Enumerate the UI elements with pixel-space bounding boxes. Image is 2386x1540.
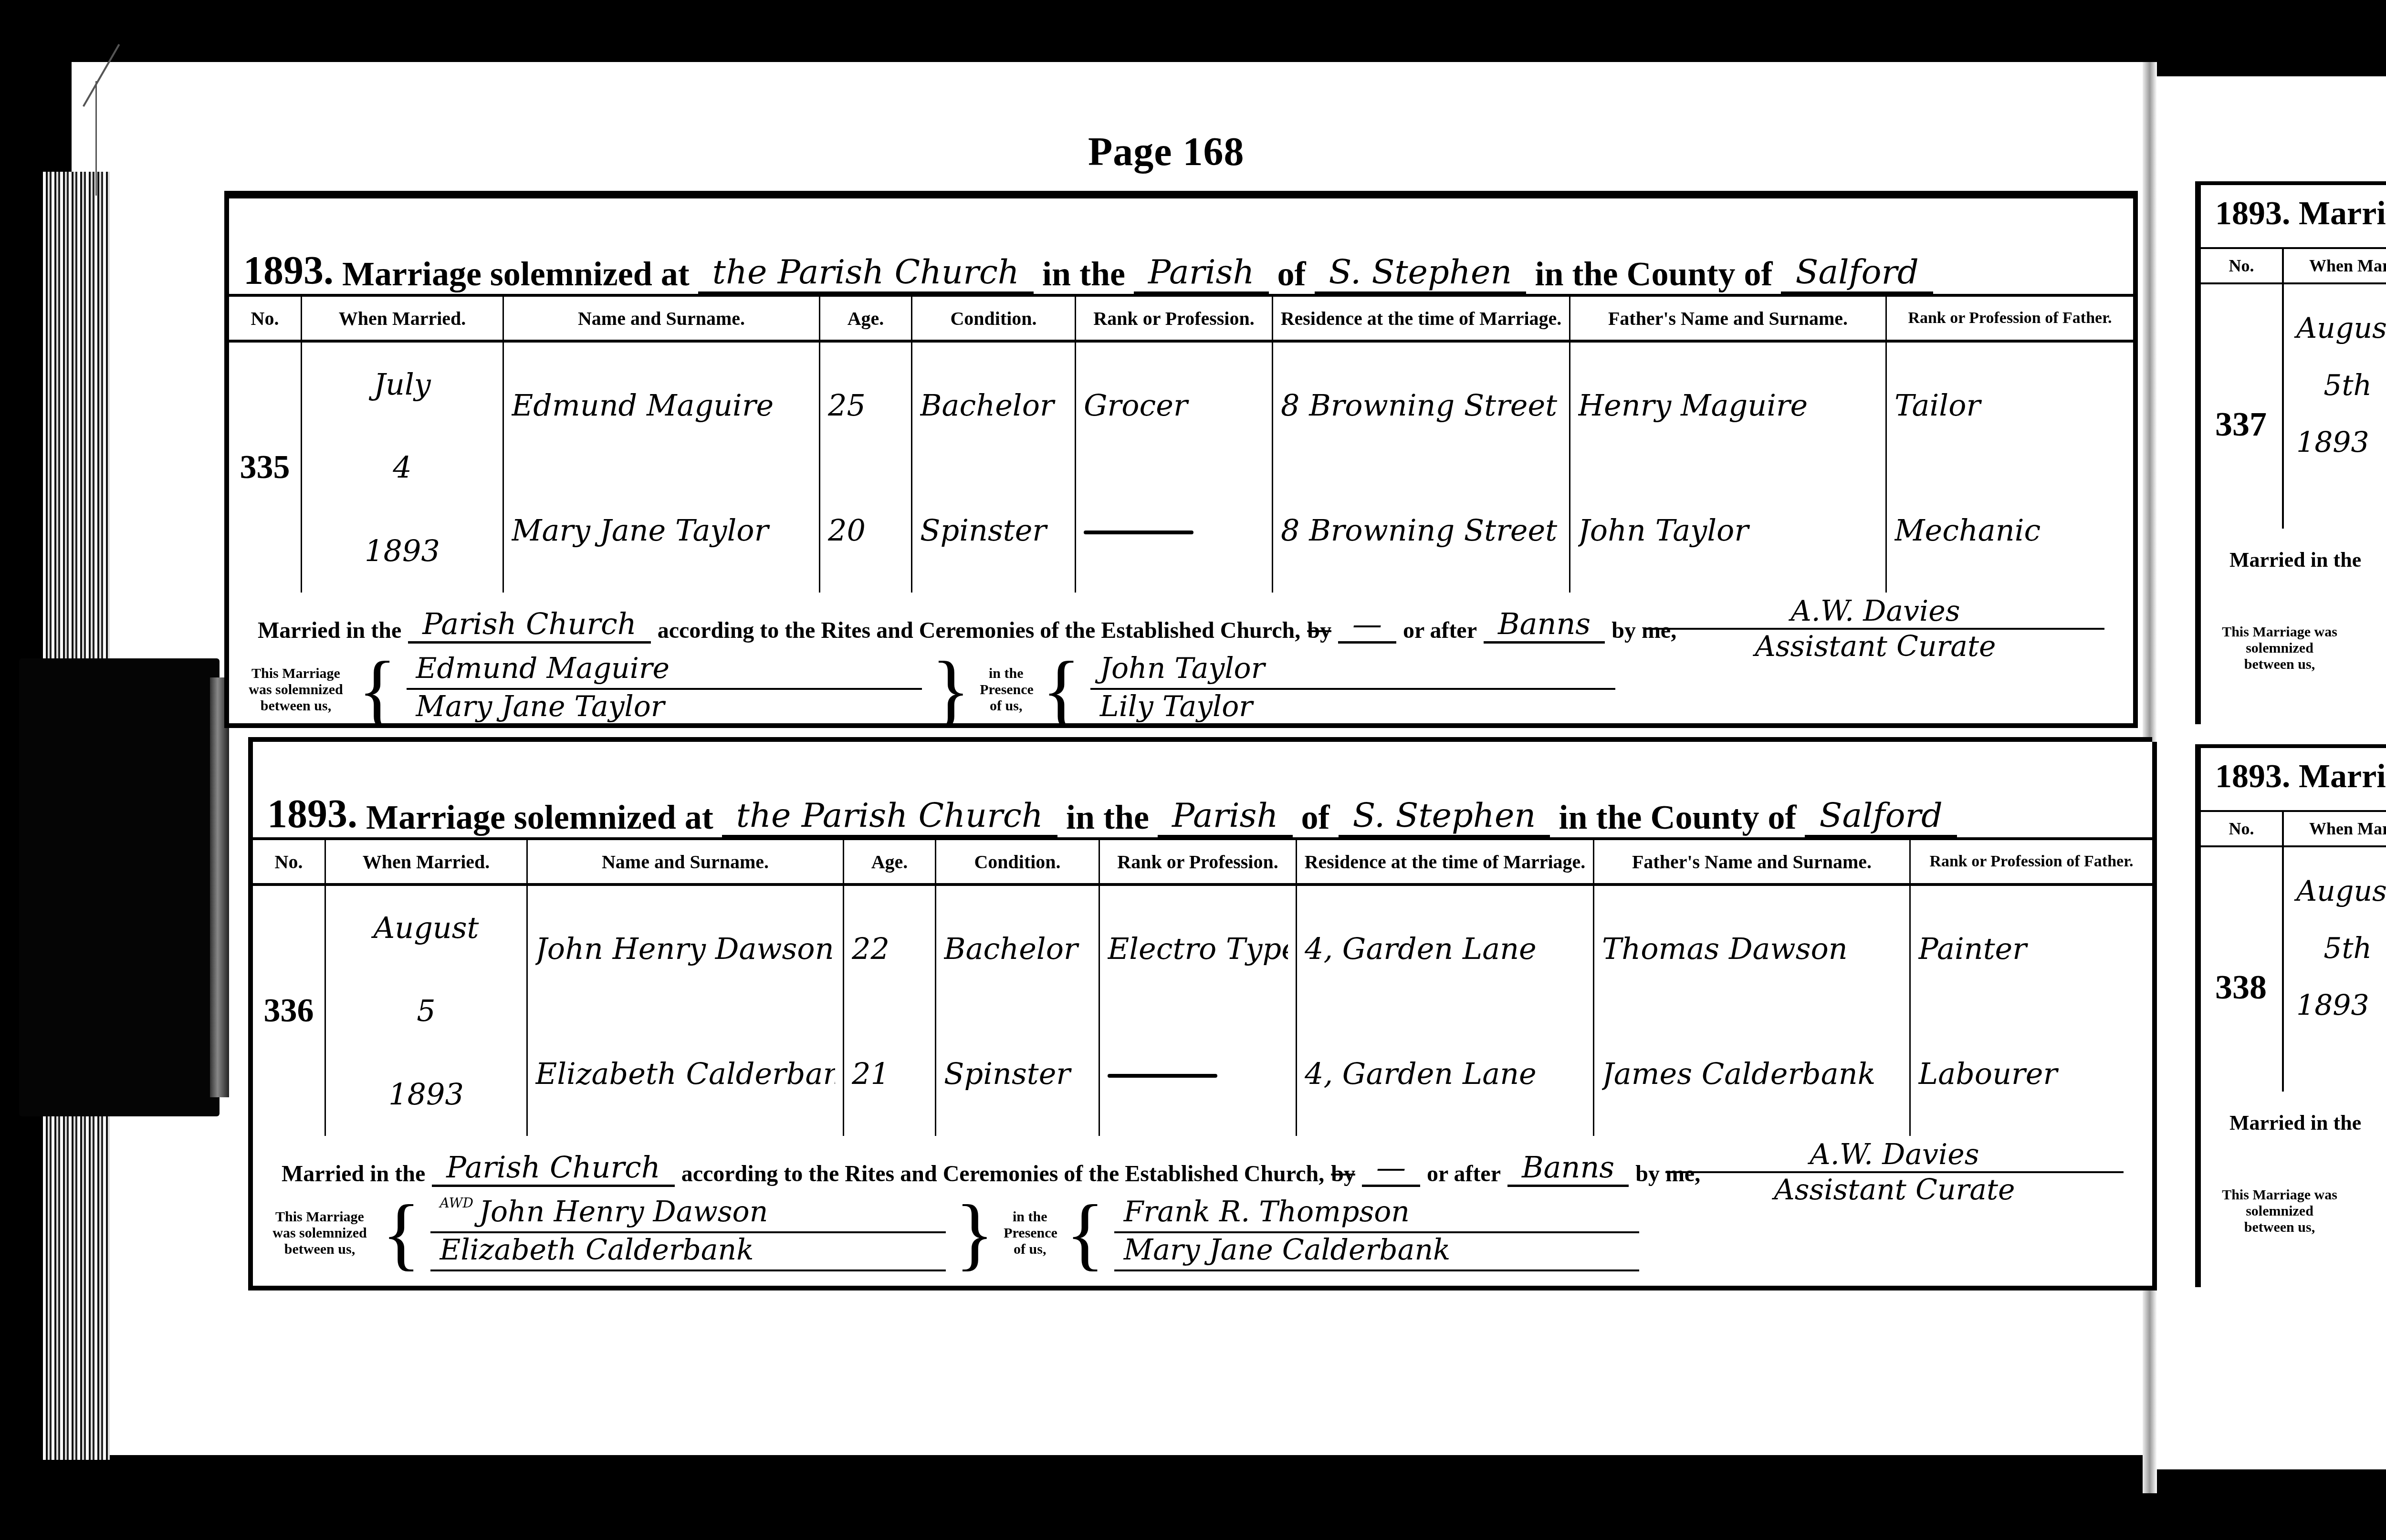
officiant-area: A.W. Davies Assistant Curate bbox=[1649, 1195, 2143, 1271]
page-number: Page 168 bbox=[1088, 129, 1245, 175]
col-head-father-profession: Rank or Profession of Father. bbox=[1911, 840, 2152, 886]
label-by-struck: by bbox=[1307, 617, 1331, 644]
col-father: Father's Name and Surname. Thomas Dawson… bbox=[1594, 840, 1911, 1136]
entry-headline: 1893. Marriage solemnized at the Parish … bbox=[243, 213, 2124, 294]
col-when: When Married. August 5 1893 bbox=[326, 840, 528, 1136]
index-tab-edge bbox=[210, 677, 229, 1097]
col-age: Age. 22 21 bbox=[844, 840, 936, 1136]
right-entry-col-header: No. When Married. bbox=[2201, 810, 2386, 847]
groom-condition: Bachelor bbox=[944, 931, 1091, 966]
groom-name: John Henry Dawson bbox=[535, 931, 835, 966]
brace-icon: { bbox=[1066, 1193, 1105, 1274]
right-entry-338: 1893. Marriage No. When Married. 338 Aug… bbox=[2195, 744, 2386, 1287]
label-presence: in the Presence of us, bbox=[1004, 1209, 1056, 1258]
bride-name: Mary Jane Taylor bbox=[512, 513, 811, 548]
marriage-entry-336: 1893. Marriage solemnized at the Parish … bbox=[248, 742, 2157, 1290]
col-head-father: Father's Name and Surname. bbox=[1570, 297, 1885, 343]
bride-age: 20 bbox=[828, 513, 903, 548]
groom-profession: Grocer bbox=[1084, 388, 1264, 423]
right-entry-heading: Marriage bbox=[2299, 195, 2386, 232]
witness-signatures: Frank R. Thompson Mary Jane Calderbank bbox=[1114, 1195, 1639, 1271]
bride-condition: Spinster bbox=[944, 1056, 1091, 1091]
col-head-age: Age. bbox=[820, 297, 911, 343]
right-col-no: No. bbox=[2201, 249, 2284, 282]
right-entry-year: 1893. bbox=[2215, 195, 2291, 232]
col-head-profession: Rank or Profession. bbox=[1100, 840, 1296, 886]
groom-signature: AWDJohn Henry Dawson bbox=[430, 1195, 946, 1233]
col-head-residence: Residence at the time of Marriage. bbox=[1297, 840, 1593, 886]
entry-parish: S. Stephen bbox=[1339, 796, 1550, 837]
col-head-when: When Married. bbox=[302, 297, 502, 343]
entry-year: 1893. bbox=[243, 248, 334, 294]
blank-dash bbox=[1084, 531, 1193, 534]
groom-residence: 8 Browning Street bbox=[1281, 388, 1561, 423]
officiant-name: A.W. Davies bbox=[1646, 594, 2104, 630]
col-head-father-profession: Rank or Profession of Father. bbox=[1887, 297, 2133, 343]
married-in-value: Parish Church bbox=[408, 606, 650, 644]
bride-age: 21 bbox=[852, 1056, 927, 1091]
label-according-to: according to the Rites and Ceremonies of… bbox=[658, 617, 1301, 644]
when-month: July bbox=[310, 367, 495, 402]
right-entry-date: August 5th 1893 bbox=[2296, 863, 2386, 1034]
col-head-no: No. bbox=[253, 840, 324, 886]
entry-number: 336 bbox=[253, 886, 324, 1136]
brace-icon: { bbox=[382, 1193, 421, 1274]
entry-place: the Parish Church bbox=[698, 252, 1034, 294]
page-corner-fold bbox=[95, 81, 164, 196]
right-col-no: No. bbox=[2201, 812, 2284, 845]
right-entry-headline: 1893. Marriage bbox=[2215, 195, 2386, 233]
col-head-condition: Condition. bbox=[936, 840, 1099, 886]
brace-icon: { bbox=[358, 649, 397, 730]
right-married-in: Married in the bbox=[2229, 1111, 2361, 1135]
entry-parish-word: Parish bbox=[1158, 796, 1293, 837]
label-in-the: in the bbox=[1066, 798, 1149, 837]
groom-father: Henry Maguire bbox=[1578, 388, 1878, 423]
by-license-value: — bbox=[1338, 606, 1396, 644]
bride-father: John Taylor bbox=[1578, 513, 1878, 548]
witness-2: Mary Jane Calderbank bbox=[1114, 1233, 1639, 1271]
column-divider bbox=[2282, 843, 2284, 1092]
bride-residence: 4, Garden Lane bbox=[1305, 1056, 1585, 1091]
right-entry-number: 338 bbox=[2215, 968, 2267, 1007]
by-license-value: — bbox=[1362, 1150, 1420, 1187]
entry-parish-word: Parish bbox=[1134, 252, 1269, 294]
groom-age: 25 bbox=[828, 388, 903, 423]
label-solemnized-between: This Marriage was solemnized between us, bbox=[267, 1209, 372, 1258]
label-of: of bbox=[1301, 798, 1330, 837]
signatures-block: This Marriage was solemnized between us,… bbox=[267, 1195, 2143, 1271]
officiant-area: A.W. Davies Assistant Curate bbox=[1625, 652, 2124, 728]
marriage-entry-335: 1893. Marriage solemnized at the Parish … bbox=[224, 191, 2138, 728]
right-entry-year: 1893. bbox=[2215, 758, 2291, 795]
label-married-in: Married in the bbox=[258, 617, 401, 644]
label-in-the: in the bbox=[1042, 254, 1125, 294]
right-entry-337: 1893. Marriage No. When Married. 337 Aug… bbox=[2195, 181, 2386, 724]
index-tab bbox=[19, 658, 220, 1116]
col-profession: Rank or Profession. Electro Typer bbox=[1100, 840, 1297, 1136]
after-value: Banns bbox=[1484, 606, 1605, 644]
entry-county: Salford bbox=[1781, 252, 1933, 294]
witness-signatures: John Taylor Lily Taylor bbox=[1090, 652, 1615, 728]
col-when: When Married. July 4 1893 bbox=[302, 297, 504, 593]
col-head-condition: Condition. bbox=[912, 297, 1075, 343]
bride-residence: 8 Browning Street bbox=[1281, 513, 1561, 548]
brace-icon: { bbox=[1042, 649, 1081, 730]
col-no: No. 336 bbox=[253, 840, 326, 1136]
brace-icon: } bbox=[955, 1193, 994, 1274]
groom-name: Edmund Maguire bbox=[512, 388, 811, 423]
col-name: Name and Surname. John Henry Dawson Eliz… bbox=[528, 840, 844, 1136]
label-married-in: Married in the bbox=[282, 1161, 425, 1187]
when-day: 5 bbox=[334, 993, 519, 1028]
groom-signature-text: John Henry Dawson bbox=[479, 1195, 768, 1228]
label-solemnized-at: Marriage solemnized at bbox=[366, 798, 713, 837]
col-father-profession: Rank or Profession of Father. Tailor Mec… bbox=[1887, 297, 2133, 593]
col-head-when: When Married. bbox=[326, 840, 526, 886]
groom-father: Thomas Dawson bbox=[1602, 931, 1902, 966]
groom-condition: Bachelor bbox=[920, 388, 1067, 423]
label-by-struck: by bbox=[1331, 1161, 1355, 1187]
col-condition: Condition. Bachelor Spinster bbox=[912, 297, 1076, 593]
col-head-father: Father's Name and Surname. bbox=[1594, 840, 1909, 886]
bride-signature: Elizabeth Calderbank bbox=[430, 1233, 946, 1271]
when-day: 4 bbox=[310, 450, 495, 485]
label-according-to: according to the Rites and Ceremonies of… bbox=[681, 1161, 1325, 1187]
col-age: Age. 25 20 bbox=[820, 297, 912, 593]
entry-headline: 1893. Marriage solemnized at the Parish … bbox=[267, 756, 2143, 837]
right-entry-number: 337 bbox=[2215, 405, 2267, 444]
bride-condition: Spinster bbox=[920, 513, 1067, 548]
blank-dash bbox=[1108, 1074, 1217, 1078]
brace-icon: } bbox=[931, 649, 971, 730]
label-presence: in the Presence of us, bbox=[980, 666, 1032, 714]
col-head-name: Name and Surname. bbox=[528, 840, 843, 886]
label-solemnized-at: Marriage solemnized at bbox=[342, 254, 690, 294]
col-condition: Condition. Bachelor Spinster bbox=[936, 840, 1100, 1136]
col-name: Name and Surname. Edmund Maguire Mary Ja… bbox=[504, 297, 820, 593]
entry-place: the Parish Church bbox=[722, 796, 1057, 837]
col-head-no: No. bbox=[229, 297, 301, 343]
col-head-name: Name and Surname. bbox=[504, 297, 819, 343]
right-entry-heading: Marriage bbox=[2299, 758, 2386, 795]
bride-father-profession: Labourer bbox=[1918, 1056, 2145, 1091]
groom-residence: 4, Garden Lane bbox=[1305, 931, 1585, 966]
officiant: A.W. Davies Assistant Curate bbox=[1646, 594, 2104, 663]
col-no: No. 335 bbox=[229, 297, 302, 593]
officiant-name: A.W. Davies bbox=[1665, 1138, 2124, 1173]
groom-profession: Electro Typer bbox=[1108, 931, 1288, 966]
col-profession: Rank or Profession. Grocer bbox=[1076, 297, 1273, 593]
entry-table: No. 336 When Married. August 5 1893 Name… bbox=[253, 837, 2152, 1136]
officiant: A.W. Davies Assistant Curate bbox=[1665, 1138, 2124, 1207]
bride-name: Elizabeth Calderbank bbox=[535, 1056, 835, 1091]
column-divider bbox=[2282, 281, 2284, 529]
label-county: in the County of bbox=[1559, 798, 1796, 837]
col-head-profession: Rank or Profession. bbox=[1076, 297, 1272, 343]
officiant-title: Assistant Curate bbox=[1665, 1173, 2124, 1207]
right-col-when: When Married. bbox=[2284, 249, 2386, 282]
col-residence: Residence at the time of Marriage. 4, Ga… bbox=[1297, 840, 1594, 1136]
right-entry-col-header: No. When Married. bbox=[2201, 247, 2386, 284]
couple-signatures: Edmund Maguire Mary Jane Taylor bbox=[407, 652, 922, 728]
right-solemnized-label: This Marriage was solemnized between us, bbox=[2220, 1187, 2339, 1236]
witness-1: Frank R. Thompson bbox=[1114, 1195, 1639, 1233]
col-father-profession: Rank or Profession of Father. Painter La… bbox=[1911, 840, 2152, 1136]
couple-signatures: AWDJohn Henry Dawson Elizabeth Calderban… bbox=[430, 1195, 946, 1271]
bride-profession bbox=[1108, 1056, 1288, 1091]
signatures-block: This Marriage was solemnized between us,… bbox=[243, 652, 2124, 728]
entry-number: 335 bbox=[229, 343, 301, 593]
bride-father: James Calderbank bbox=[1602, 1056, 1902, 1091]
bride-signature: Mary Jane Taylor bbox=[407, 690, 922, 728]
groom-father-profession: Painter bbox=[1918, 931, 2145, 966]
bride-profession bbox=[1084, 513, 1264, 548]
witness-2: Lily Taylor bbox=[1090, 690, 1615, 728]
col-head-residence: Residence at the time of Marriage. bbox=[1273, 297, 1569, 343]
married-in-value: Parish Church bbox=[432, 1150, 674, 1187]
groom-age: 22 bbox=[852, 931, 927, 966]
col-father: Father's Name and Surname. Henry Maguire… bbox=[1570, 297, 1887, 593]
when-year: 1893 bbox=[310, 533, 495, 568]
entry-parish: S. Stephen bbox=[1315, 252, 1527, 294]
label-or-after: or after bbox=[1403, 617, 1477, 644]
correction-initials: AWD bbox=[440, 1195, 473, 1211]
right-solemnized-label: This Marriage was solemnized between us, bbox=[2220, 624, 2339, 673]
witness-1: John Taylor bbox=[1090, 652, 1615, 690]
right-entry-date: August 5th 1893 bbox=[2296, 300, 2386, 471]
when-month: August bbox=[334, 910, 519, 945]
right-entry-headline: 1893. Marriage bbox=[2215, 758, 2386, 796]
right-col-when: When Married. bbox=[2284, 812, 2386, 845]
after-value: Banns bbox=[1507, 1150, 1629, 1187]
col-head-age: Age. bbox=[844, 840, 935, 886]
entry-county: Salford bbox=[1805, 796, 1957, 837]
groom-father-profession: Tailor bbox=[1894, 388, 2125, 423]
label-solemnized-between: This Marriage was solemnized between us, bbox=[243, 666, 348, 714]
when-year: 1893 bbox=[334, 1077, 519, 1112]
right-married-in: Married in the bbox=[2229, 548, 2361, 572]
label-or-after: or after bbox=[1427, 1161, 1501, 1187]
officiant-title: Assistant Curate bbox=[1646, 630, 2104, 663]
entry-table: No. 335 When Married. July 4 1893 Name a… bbox=[229, 294, 2133, 593]
label-county: in the County of bbox=[1535, 254, 1772, 294]
col-residence: Residence at the time of Marriage. 8 Bro… bbox=[1273, 297, 1570, 593]
entry-year: 1893. bbox=[267, 791, 357, 837]
bride-father-profession: Mechanic bbox=[1894, 513, 2125, 548]
groom-signature: Edmund Maguire bbox=[407, 652, 922, 690]
label-of: of bbox=[1277, 254, 1306, 294]
